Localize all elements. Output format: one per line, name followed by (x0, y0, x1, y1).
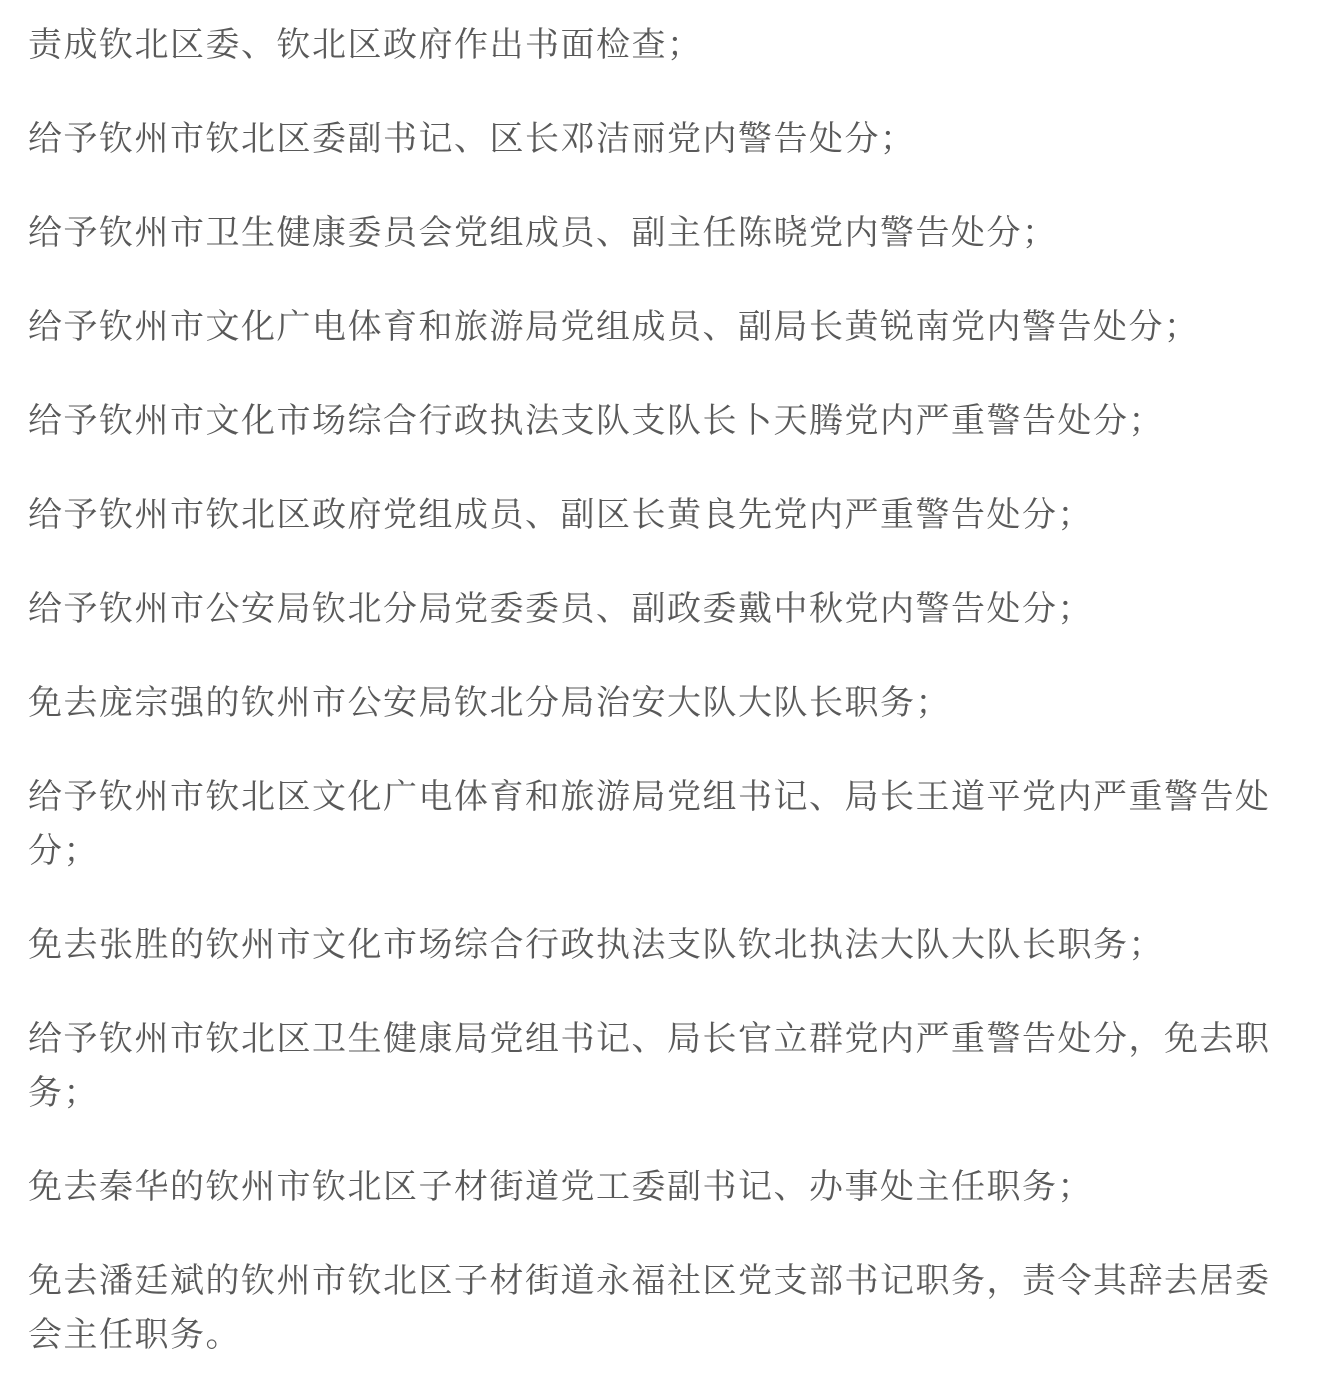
paragraph: 免去庞宗强的钦州市公安局钦北分局治安大队大队长职务； (28, 676, 1292, 730)
paragraph: 免去潘廷斌的钦州市钦北区子材街道永福社区党支部书记职务，责令其辞去居委会主任职务… (28, 1254, 1292, 1362)
paragraph: 给予钦州市文化市场综合行政执法支队支队长卜天腾党内严重警告处分； (28, 394, 1292, 448)
article-body: 责成钦北区委、钦北区政府作出书面检查； 给予钦州市钦北区委副书记、区长邓洁丽党内… (0, 0, 1340, 1384)
paragraph: 给予钦州市钦北区文化广电体育和旅游局党组书记、局长王道平党内严重警告处分； (28, 770, 1292, 878)
paragraph: 免去张胜的钦州市文化市场综合行政执法支队钦北执法大队大队长职务； (28, 918, 1292, 972)
paragraph: 给予钦州市文化广电体育和旅游局党组成员、副局长黄锐南党内警告处分； (28, 300, 1292, 354)
paragraph: 给予钦州市钦北区委副书记、区长邓洁丽党内警告处分； (28, 112, 1292, 166)
paragraph: 给予钦州市卫生健康委员会党组成员、副主任陈晓党内警告处分； (28, 206, 1292, 260)
paragraph: 免去秦华的钦州市钦北区子材街道党工委副书记、办事处主任职务； (28, 1160, 1292, 1214)
article-page: { "article": { "background_color": "#fff… (0, 0, 1340, 1384)
paragraph: 给予钦州市钦北区卫生健康局党组书记、局长官立群党内严重警告处分，免去职务； (28, 1012, 1292, 1120)
paragraph: 给予钦州市公安局钦北分局党委委员、副政委戴中秋党内警告处分； (28, 582, 1292, 636)
paragraph: 给予钦州市钦北区政府党组成员、副区长黄良先党内严重警告处分； (28, 488, 1292, 542)
paragraph: 责成钦北区委、钦北区政府作出书面检查； (28, 18, 1292, 72)
